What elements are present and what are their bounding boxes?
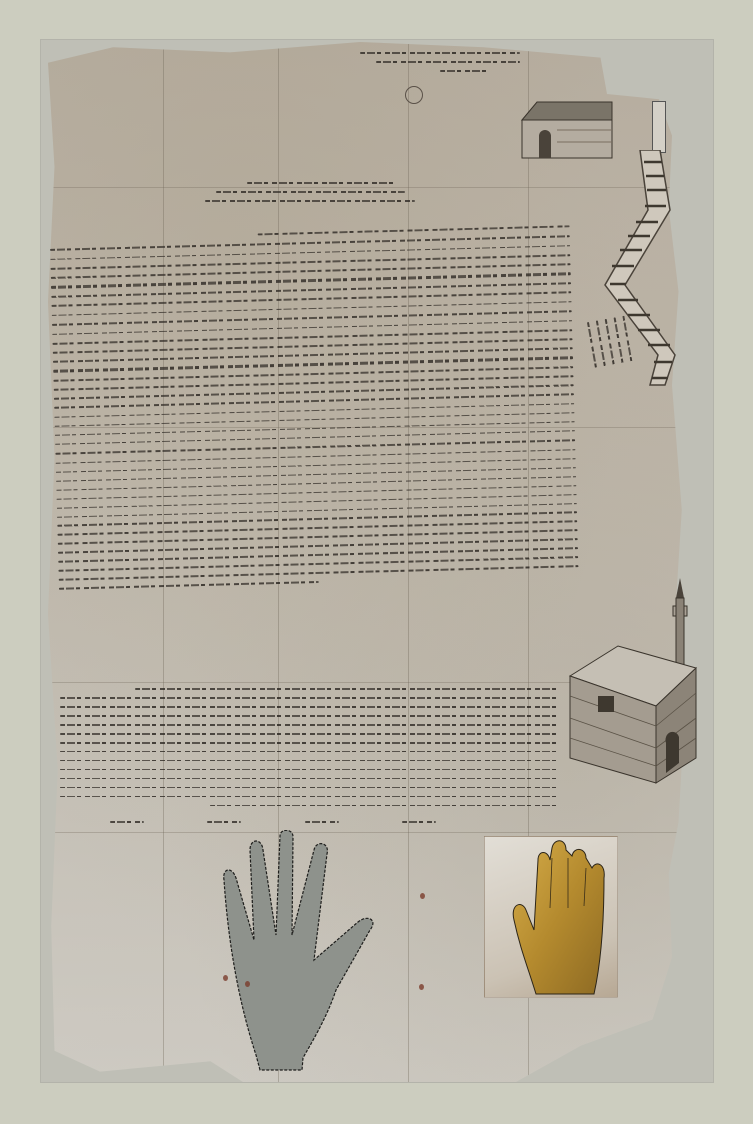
gold-hand-icon	[508, 838, 608, 996]
main-text-block	[50, 225, 581, 648]
winding-staircase-icon	[570, 150, 690, 390]
column-marker	[652, 101, 666, 153]
ink-stain	[419, 984, 424, 990]
lower-text-block	[60, 688, 560, 828]
seal-mark	[405, 86, 423, 104]
gray-hand-icon	[218, 830, 388, 1075]
mosque-with-minaret-icon	[568, 568, 698, 786]
ink-stain	[223, 975, 228, 981]
intro-lines	[205, 182, 415, 209]
ink-stain	[420, 893, 425, 899]
header-notes	[360, 52, 520, 79]
ink-stain	[245, 981, 250, 987]
